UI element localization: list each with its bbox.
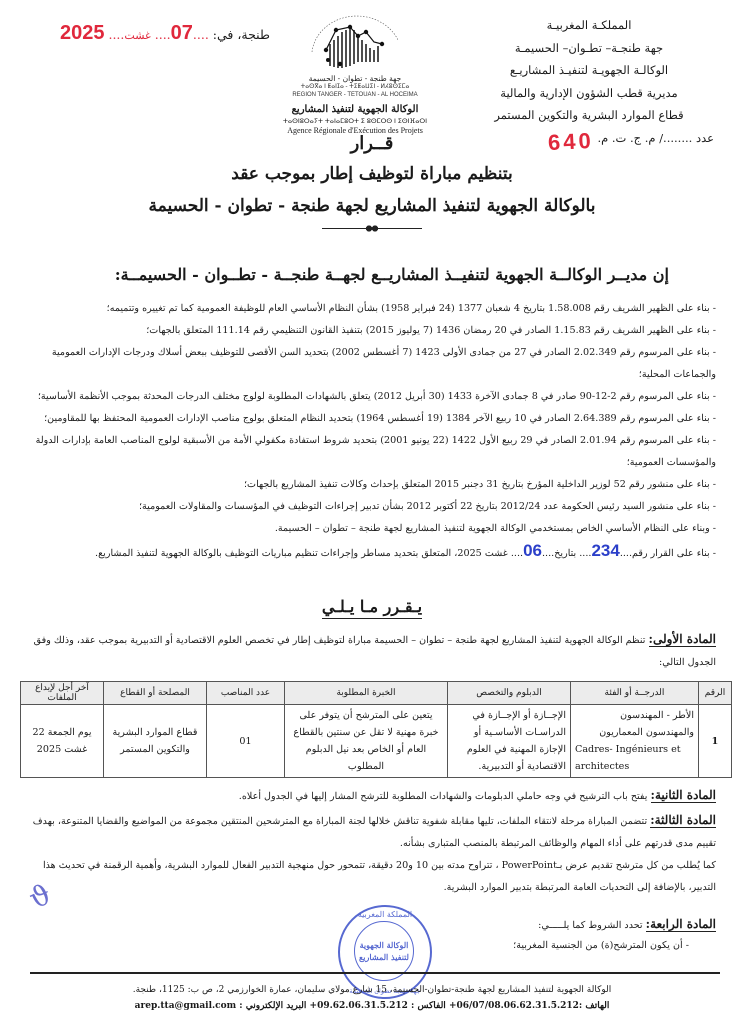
clause-item: - بناء على منشور رقم 52 لوزير الداخلية ا…: [26, 474, 716, 496]
clause-mid: بتاريخ: [554, 548, 576, 559]
clause-item: - بناء على المرسوم رقم 2-12-90 صادر في 8…: [26, 386, 716, 408]
clause-item: - بناء على المرسوم رقم 2.02.349 الصادر ف…: [26, 342, 716, 386]
positions-table: الرقم الدرجــة أو الفئة الدبلوم والتخصص …: [20, 681, 732, 778]
article-3-label: المادة الثالثة:: [650, 813, 716, 828]
footer: الوكالة الجهوية لتنفيذ المشاريع لجهة طنج…: [0, 982, 744, 1014]
article-1-text: تنظم الوكالة الجهوية لتنفيذ المشاريع لجه…: [34, 635, 716, 668]
cell-deadline: يوم الجمعة 22 غشت 2025: [21, 705, 104, 778]
decides-heading: يـقـرر مـا يـلـي: [0, 597, 744, 616]
col-department: المصلحة أو القطاع: [104, 682, 207, 705]
clause-suffix: غشت 2025، المتعلق بتحديد مساطر وإجراءات …: [95, 548, 508, 559]
cell-positions: 01: [207, 705, 285, 778]
decision-title: قــرار بتنظيم مباراة لتوظيف إطار بموجب ع…: [0, 130, 744, 229]
footer-divider: [30, 972, 720, 974]
title-line-1: بتنظيم مباراة لتوظيف إطار بموجب عقد: [0, 158, 744, 190]
date-month: غشت: [124, 30, 150, 42]
col-number: الرقم: [699, 682, 732, 705]
handwritten-decision-day: 06: [523, 541, 542, 560]
header-line-sector: قطاع الموارد البشرية والتكوين المستمر: [464, 104, 714, 127]
article-1-label: المادة الأولى:: [649, 632, 716, 647]
cell-grade: الأطر - المهندسون والمهندسون المعماريون …: [571, 705, 699, 778]
date-day-stamp: 07: [171, 22, 193, 44]
title-line-2: بالوكالة الجهوية لتنفيذ المشاريع لجهة طن…: [0, 190, 744, 222]
cell-number: 1: [699, 705, 732, 778]
article-4-text: تحدد الشروط كما يلـــــي:: [538, 920, 642, 931]
cell-diploma: الإجــازة أو الإجــازة في الدراسـات الأس…: [448, 705, 571, 778]
logo-region-fr: REGION TANGER - TETOUAN - AL HOCEIMA: [250, 91, 460, 99]
cell-grade-fr: Cadres- Ingénieurs et architectes: [575, 741, 694, 775]
header-line-agency: الوكالـة الجهويـة لتنفيـذ المشاريـع: [464, 59, 714, 82]
cell-experience: يتعين على المترشح أن يتوفر على خبرة مهني…: [285, 705, 448, 778]
footer-address: الوكالة الجهوية لتنفيذ المشاريع لجهة طنج…: [0, 982, 744, 998]
cell-grade-ar: الأطر - المهندسون والمهندسون المعماريون: [575, 707, 694, 741]
table-row: 1 الأطر - المهندسون والمهندسون المعماريو…: [21, 705, 732, 778]
col-grade: الدرجــة أو الفئة: [571, 682, 699, 705]
seal-inner-line-1: الوكالة الجهوية: [359, 939, 409, 951]
cell-department: قطاع الموارد البشرية والتكوين المستمر: [104, 705, 207, 778]
date-label: طنجة، في:: [213, 27, 270, 42]
clause-item: - بناء على المرسوم رقم 2.64.389 الصادر ف…: [26, 408, 716, 430]
clause-item: - بناء على الظهير الشريف رقم 1.15.83 الص…: [26, 320, 716, 342]
article-2-label: المادة الثانية:: [651, 788, 716, 803]
logo-agency-ar: الوكالة الجهوية لتنفيذ المشاريع: [250, 103, 460, 117]
seal-outer-text: المملكة المغربية: [340, 910, 430, 919]
logo-agency-tifinagh: ⵜⴰⵙⵏⵓⵔⴰⵢⵜ ⵜⴰⵏⴰⵎⵓⵔⵜ ⵉ ⵓⵙⵎⵔⵙ ⵏ ⵉⵙⵏⴼⴰⵔⵏ: [250, 117, 460, 126]
article-4-label: المادة الرابعة:: [646, 917, 716, 932]
seal-inner-line-2: لتنفيذ المشاريع: [359, 951, 409, 963]
preamble-heading: إن مديــر الوكالــة الجهوية لتنفيــذ الم…: [115, 265, 669, 284]
col-deadline: آخر أجل لإيداع الملفات: [21, 682, 104, 705]
clause-item: - بناء على الظهير الشريف رقم 1.58.008 بت…: [26, 298, 716, 320]
article-2-text: يفتح باب الترشيح في وجه حاملي الدبلومات …: [239, 791, 648, 802]
region-map-logo-icon: [300, 12, 410, 74]
document-date: طنجة، في: ....07.... غشت.... 2025: [60, 22, 270, 45]
clause-item-last: - بناء على القرار رقم....234.... بتاريخ.…: [26, 540, 716, 565]
header-line-kingdom: المملكـة المغربيـة: [464, 14, 714, 37]
logo-region-ar: جهة طنجة - تطوان - الحسيمة: [250, 74, 460, 83]
clause-prefix: - بناء على القرار رقم: [632, 548, 716, 559]
handwritten-decision-number: 234: [591, 541, 619, 560]
decides-heading-text: يـقـرر مـا يـلـي: [322, 597, 422, 619]
title-word: قــرار: [0, 130, 744, 158]
date-year-stamp: 2025: [60, 22, 105, 44]
article-3-text-2: كما يُطلب من كل مترشح تقديم عرض بـPowerP…: [26, 855, 716, 899]
col-positions: عدد المناصب: [207, 682, 285, 705]
header-line-region: جهة طنجـة– تطـوان– الحسيمـة: [464, 37, 714, 60]
header-kingdom-block: المملكـة المغربيـة جهة طنجـة– تطـوان– ال…: [464, 14, 714, 149]
col-diploma: الدبلوم والتخصص: [448, 682, 571, 705]
article-3: المادة الثالثة: تتضمن المباراة مرحلة لان…: [26, 809, 716, 899]
logo-region-tifinagh: ⵜⴰⵙⴳⴰ ⵏ ⵟⴰⵏⵊⴰ - ⵜⵉⵟⴰⵡⵉⵏ - ⵍⵃⵓⵙⵉⵎⴰ: [250, 83, 460, 91]
condition-item: - أن يكون المترشح(ة) من الجنسية المغربية…: [513, 940, 689, 951]
title-divider: [322, 228, 422, 229]
clause-item: - وبناء على النظام الأساسي الخاص بمستخدم…: [26, 518, 716, 540]
article-1: المادة الأولى: تنظم الوكالة الجهوية لتنف…: [26, 628, 716, 674]
table-header-row: الرقم الدرجــة أو الفئة الدبلوم والتخصص …: [21, 682, 732, 705]
article-3-text: تتضمن المباراة مرحلة لانتقاء الملفات، تل…: [33, 816, 716, 849]
agency-logo: جهة طنجة - تطوان - الحسيمة ⵜⴰⵙⴳⴰ ⵏ ⵟⴰⵏⵊⴰ…: [250, 12, 460, 136]
clause-item: - بناء على المرسوم رقم 2.01.94 الصادر في…: [26, 430, 716, 474]
clause-item: - بناء على منشور السيد رئيس الحكومة عدد …: [26, 496, 716, 518]
article-2: المادة الثانية: يفتح باب الترشيح في وجه …: [26, 784, 716, 808]
col-experience: الخبرة المطلوبة: [285, 682, 448, 705]
preamble-clauses: - بناء على الظهير الشريف رقم 1.58.008 بت…: [26, 298, 716, 565]
footer-contacts: الهاتف :06/07/08.06.62.31.5.212+ الفاكس …: [0, 998, 744, 1014]
header-line-directorate: مديرية قطب الشؤون الإدارية والمالية: [464, 82, 714, 105]
